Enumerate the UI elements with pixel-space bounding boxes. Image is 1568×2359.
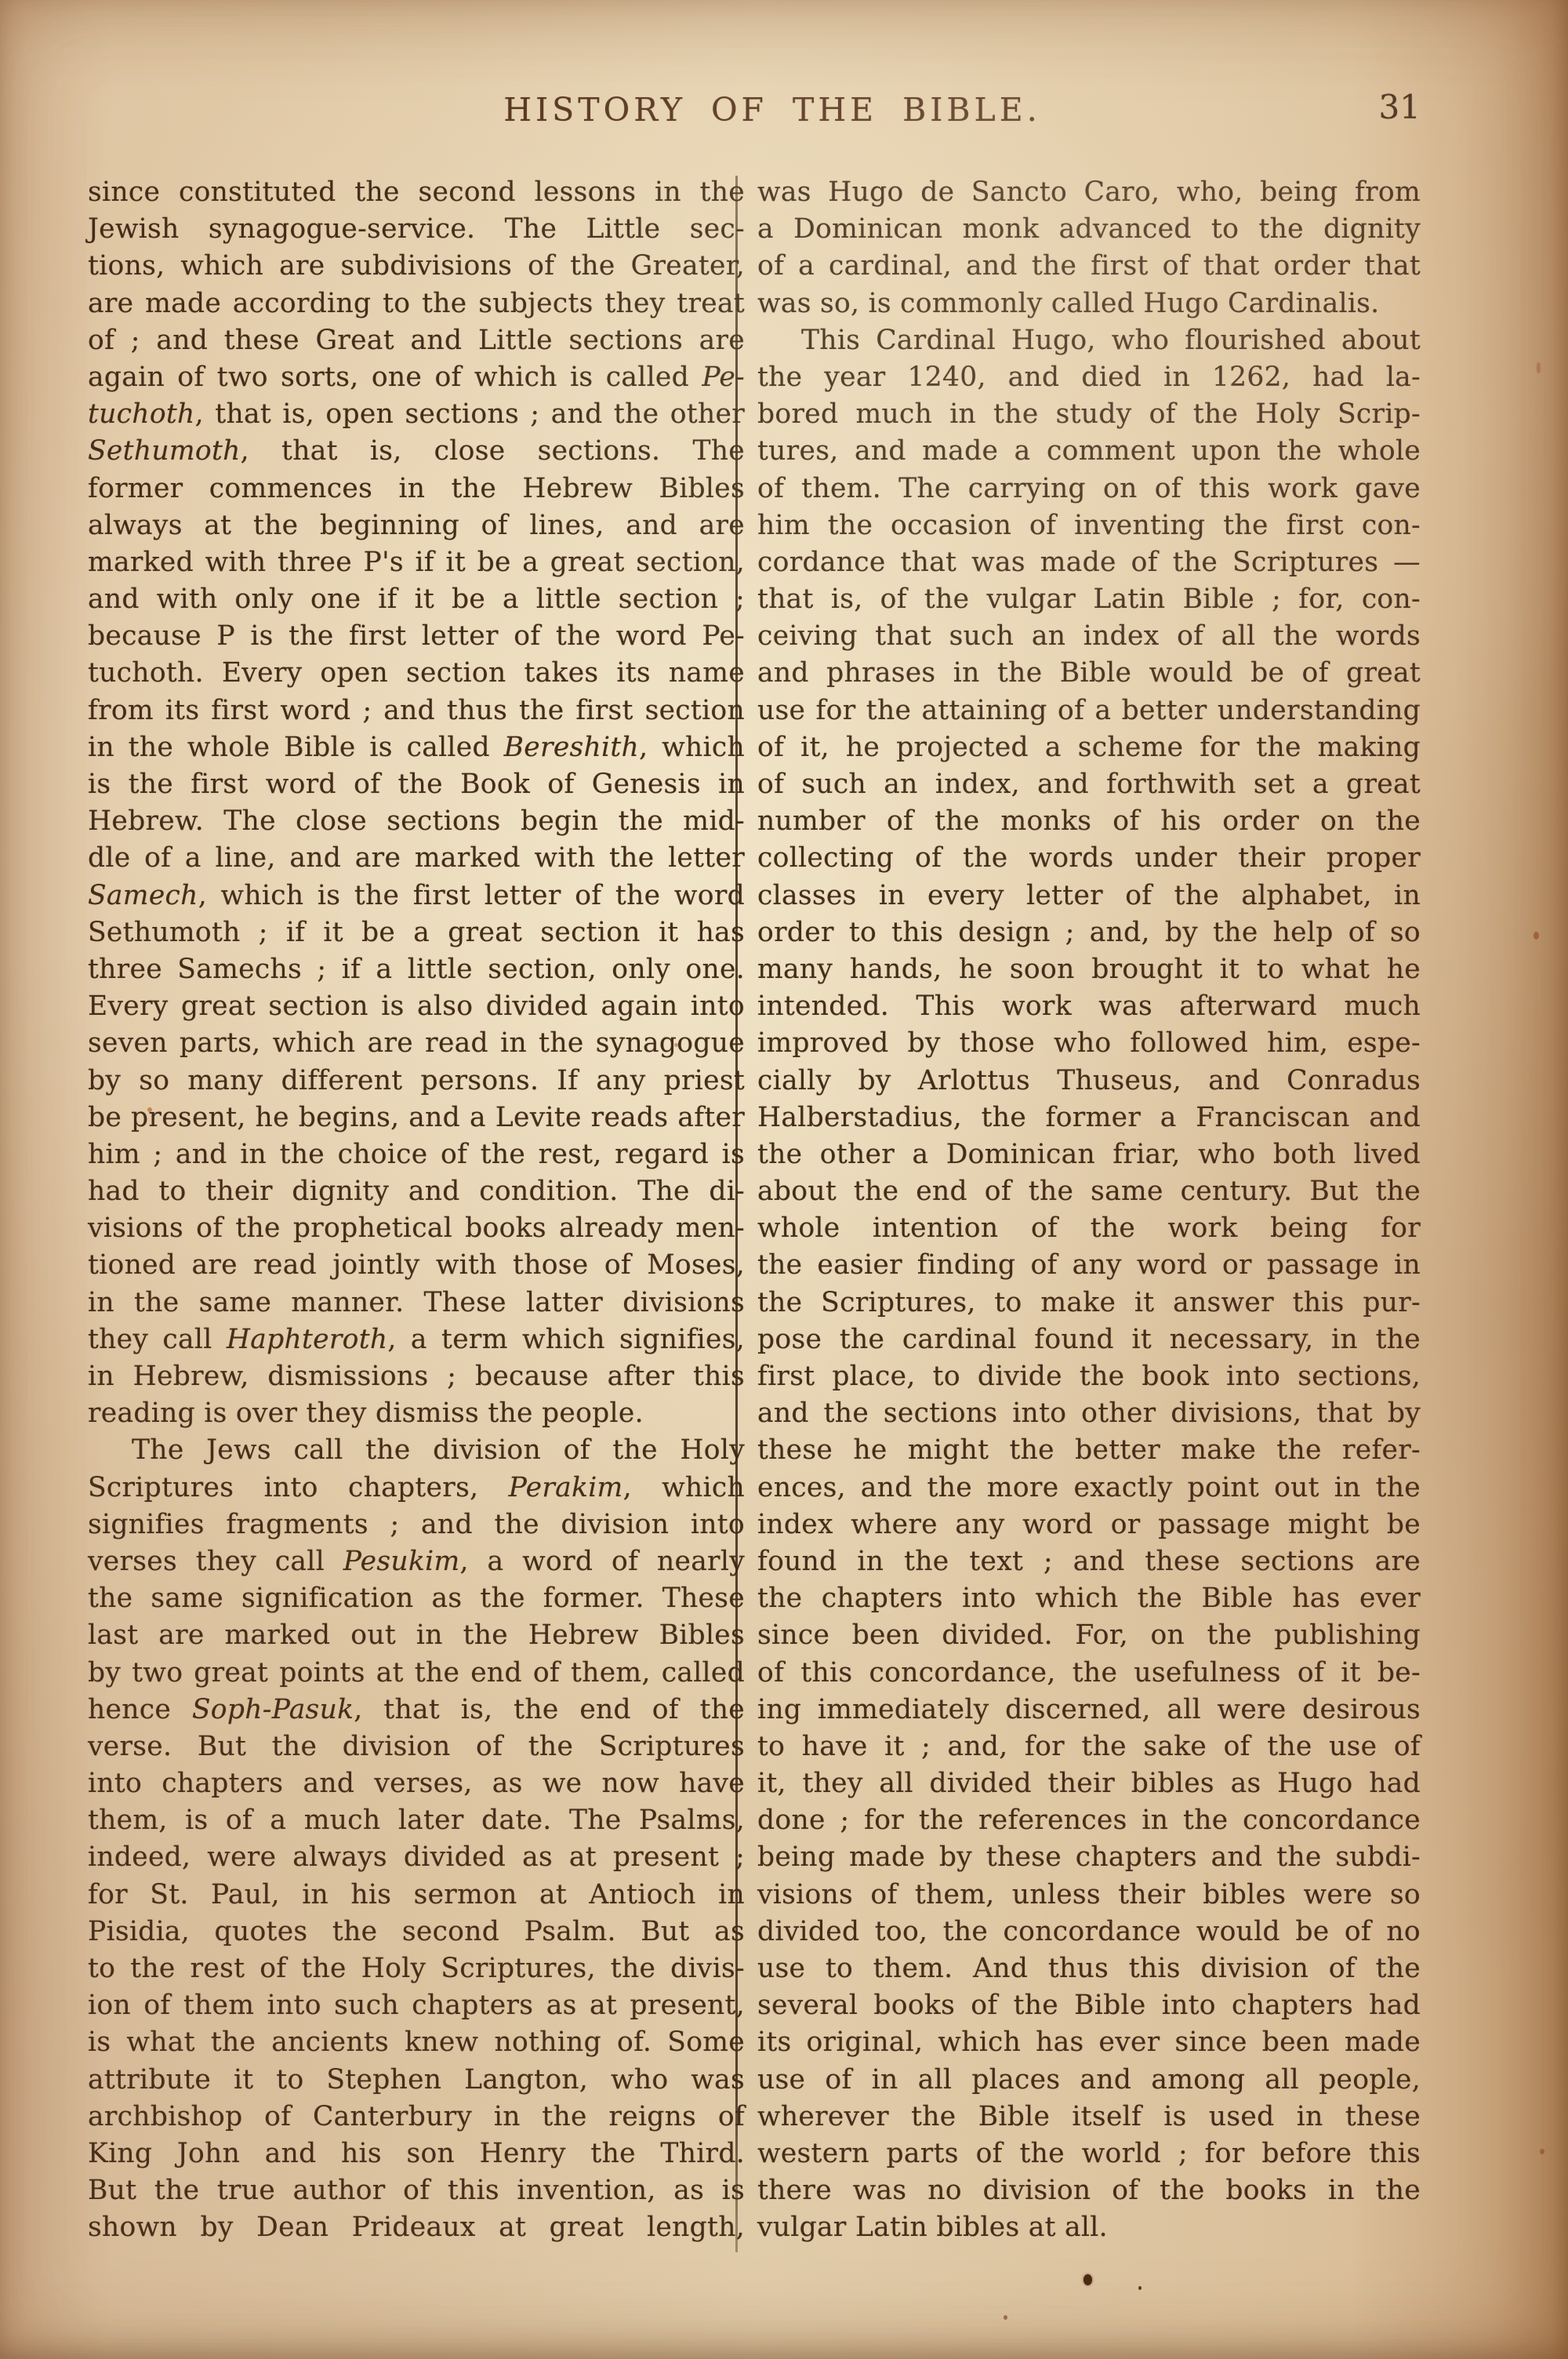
text-line: because P is the first letter of the wor… bbox=[88, 618, 745, 655]
text-line: use of in all places and among all peopl… bbox=[757, 2062, 1421, 2099]
text-line: bored much in the study of the Holy Scri… bbox=[757, 396, 1421, 433]
text-line: him ; and in the choice of the rest, reg… bbox=[88, 1136, 745, 1173]
text-line: of them. The carrying on of this work ga… bbox=[757, 471, 1421, 507]
text-line: former commences in the Hebrew Bibles bbox=[88, 471, 745, 507]
text-line: pose the cardinal found it necessary, in… bbox=[757, 1321, 1421, 1358]
text-line: ion of them into such chapters as at pre… bbox=[88, 1987, 745, 2024]
text-line: the easier finding of any word or passag… bbox=[757, 1247, 1421, 1284]
text-line: being made by these chapters and the sub… bbox=[757, 1839, 1421, 1876]
text-line: him the occasion of inventing the first … bbox=[757, 507, 1421, 544]
text-line: the Scriptures, to make it answer this p… bbox=[757, 1285, 1421, 1321]
text-line: shown by Dean Prideaux at great length, bbox=[88, 2209, 745, 2246]
text-line: reading is over they dismiss the people. bbox=[88, 1395, 745, 1432]
text-line: they call Haphteroth, a term which signi… bbox=[88, 1321, 745, 1358]
text-line: seven parts, which are read in the synag… bbox=[88, 1025, 745, 1062]
text-line: last are marked out in the Hebrew Bibles bbox=[88, 1617, 745, 1654]
text-line: them, is of a much later date. The Psalm… bbox=[88, 1802, 745, 1839]
text-line: use for the attaining of a better unders… bbox=[757, 692, 1421, 729]
text-line: indeed, were always divided as at presen… bbox=[88, 1839, 745, 1876]
text-line: improved by those who followed him, espe… bbox=[757, 1025, 1421, 1062]
text-line: of it, he projected a scheme for the mak… bbox=[757, 729, 1421, 766]
text-line: the year 1240, and died in 1262, had la- bbox=[757, 359, 1421, 396]
text-line: of a cardinal, and the first of that ord… bbox=[757, 248, 1421, 285]
text-line: tions, which are subdivisions of the Gre… bbox=[88, 248, 745, 285]
paper-speck bbox=[1540, 2149, 1544, 2154]
text-line: several books of the Bible into chapters… bbox=[757, 1987, 1421, 2024]
text-line: hence Soph-Pasuk, that is, the end of th… bbox=[88, 1692, 745, 1728]
text-line: tuchoth. Every open section takes its na… bbox=[88, 655, 745, 692]
text-line: use to them. And thus this division of t… bbox=[757, 1950, 1421, 1987]
text-line: of such an index, and forthwith set a gr… bbox=[757, 766, 1421, 803]
text-line: index where any word or passage might be bbox=[757, 1507, 1421, 1543]
text-line: cordance that was made of the Scriptures… bbox=[757, 544, 1421, 581]
text-line: western parts of the world ; for before … bbox=[757, 2135, 1421, 2172]
text-line: found in the text ; and these sections a… bbox=[757, 1543, 1421, 1580]
left-text-column: since constituted the second lessons in … bbox=[88, 174, 745, 2247]
text-line: attribute it to Stephen Langton, who was bbox=[88, 2062, 745, 2099]
text-line: always at the beginning of lines, and ar… bbox=[88, 507, 745, 544]
paper-speck bbox=[1138, 2286, 1142, 2290]
page-number: 31 bbox=[1379, 88, 1421, 126]
text-line: it, they all divided their bibles as Hug… bbox=[757, 1765, 1421, 1802]
text-line: from its first word ; and thus the first… bbox=[88, 692, 745, 729]
text-line: the chapters into which the Bible has ev… bbox=[757, 1580, 1421, 1617]
text-line: vulgar Latin bibles at all. bbox=[757, 2209, 1421, 2246]
text-line: there was no division of the books in th… bbox=[757, 2172, 1421, 2209]
text-line: three Samechs ; if a little section, onl… bbox=[88, 951, 745, 988]
text-line: many hands, he soon brought it to what h… bbox=[757, 951, 1421, 988]
text-line: Scriptures into chapters, Perakim, which bbox=[88, 1470, 745, 1507]
text-line: archbishop of Canterbury in the reigns o… bbox=[88, 2099, 745, 2135]
text-line: for St. Paul, in his sermon at Antioch i… bbox=[88, 1877, 745, 1914]
text-line: Pisidia, quotes the second Psalm. But as bbox=[88, 1914, 745, 1950]
text-line: But the true author of this invention, a… bbox=[88, 2172, 745, 2209]
column-divider-rule bbox=[735, 176, 738, 2252]
text-line: King John and his son Henry the Third. bbox=[88, 2135, 745, 2172]
text-line: Samech, which is the first letter of the… bbox=[88, 878, 745, 914]
paper-speck bbox=[1004, 2315, 1007, 2320]
paper-speck bbox=[1534, 932, 1539, 940]
text-line: ing immediately discerned, all were desi… bbox=[757, 1692, 1421, 1728]
text-line: wherever the Bible itself is used in the… bbox=[757, 2099, 1421, 2135]
text-line: by so many different persons. If any pri… bbox=[88, 1063, 745, 1100]
text-line: tuchoth, that is, open sections ; and th… bbox=[88, 396, 745, 433]
text-line: verses they call Pesukim, a word of near… bbox=[88, 1543, 745, 1580]
text-line: and phrases in the Bible would be of gre… bbox=[757, 655, 1421, 692]
text-line: Jewish synagogue-service. The Little sec… bbox=[88, 211, 745, 248]
text-line: was so, is commonly called Hugo Cardinal… bbox=[757, 285, 1421, 322]
text-line: number of the monks of his order on the bbox=[757, 803, 1421, 840]
text-line: The Jews call the division of the Holy bbox=[88, 1432, 745, 1469]
text-line: cially by Arlottus Thuseus, and Conradus bbox=[757, 1063, 1421, 1100]
page-header-title: HISTORY OF THE BIBLE. bbox=[459, 91, 1086, 129]
text-line: was Hugo de Sancto Caro, who, being from bbox=[757, 174, 1421, 211]
text-line: the other a Dominican friar, who both li… bbox=[757, 1136, 1421, 1173]
text-line: first place, to divide the book into sec… bbox=[757, 1358, 1421, 1395]
text-line: since constituted the second lessons in … bbox=[88, 174, 745, 211]
text-line: order to this design ; and, by the help … bbox=[757, 914, 1421, 951]
text-line: be present, he begins, and a Levite read… bbox=[88, 1100, 745, 1136]
text-line: these he might the better make the refer… bbox=[757, 1432, 1421, 1469]
text-line: of ; and these Great and Little sections… bbox=[88, 322, 745, 359]
text-line: to the rest of the Holy Scriptures, the … bbox=[88, 1950, 745, 1987]
text-line: done ; for the references in the concord… bbox=[757, 1802, 1421, 1839]
text-line: in Hebrew, dismissions ; because after t… bbox=[88, 1358, 745, 1395]
text-line: that is, of the vulgar Latin Bible ; for… bbox=[757, 581, 1421, 618]
book-page-scan: HISTORY OF THE BIBLE. 31 since constitut… bbox=[0, 0, 1568, 2359]
text-line: and the sections into other divisions, t… bbox=[757, 1395, 1421, 1432]
right-text-column: was Hugo de Sancto Caro, who, being from… bbox=[757, 174, 1421, 2247]
text-line: classes in every letter of the alphabet,… bbox=[757, 878, 1421, 914]
text-line: visions of the prophetical books already… bbox=[88, 1210, 745, 1247]
text-line: are made according to the subjects they … bbox=[88, 285, 745, 322]
text-line: marked with three P's if it be a great s… bbox=[88, 544, 745, 581]
text-line: is what the ancients knew nothing of. So… bbox=[88, 2024, 745, 2061]
text-line: divided too, the concordance would be of… bbox=[757, 1914, 1421, 1950]
text-line: the same signification as the former. Th… bbox=[88, 1580, 745, 1617]
text-line: collecting of the words under their prop… bbox=[757, 840, 1421, 877]
text-line: tures, and made a comment upon the whole bbox=[757, 433, 1421, 470]
text-line: ences, and the more exactly point out in… bbox=[757, 1470, 1421, 1507]
text-line: verse. But the division of the Scripture… bbox=[88, 1728, 745, 1765]
text-line: about the end of the same century. But t… bbox=[757, 1173, 1421, 1210]
text-line: tioned are read jointly with those of Mo… bbox=[88, 1247, 745, 1284]
text-line: is the first word of the Book of Genesis… bbox=[88, 766, 745, 803]
text-line: Every great section is also divided agai… bbox=[88, 988, 745, 1025]
text-line: in the whole Bible is called Bereshith, … bbox=[88, 729, 745, 766]
text-line: to have it ; and, for the sake of the us… bbox=[757, 1728, 1421, 1765]
text-line: again of two sorts, one of which is call… bbox=[88, 359, 745, 396]
text-line: into chapters and verses, as we now have bbox=[88, 1765, 745, 1802]
text-line: signifies fragments ; and the division i… bbox=[88, 1507, 745, 1543]
text-line: intended. This work was afterward much bbox=[757, 988, 1421, 1025]
text-line: This Cardinal Hugo, who flourished about bbox=[757, 322, 1421, 359]
text-line: ceiving that such an index of all the wo… bbox=[757, 618, 1421, 655]
text-line: dle of a line, and are marked with the l… bbox=[88, 840, 745, 877]
text-line: Sethumoth, that is, close sections. The bbox=[88, 433, 745, 470]
text-line: visions of them, unless their bibles wer… bbox=[757, 1877, 1421, 1914]
text-line: a Dominican monk advanced to the dignity bbox=[757, 211, 1421, 248]
text-line: in the same manner. These latter divisio… bbox=[88, 1285, 745, 1321]
text-line: since been divided. For, on the publishi… bbox=[757, 1617, 1421, 1654]
text-line: Sethumoth ; if it be a great section it … bbox=[88, 914, 745, 951]
text-line: its original, which has ever since been … bbox=[757, 2024, 1421, 2061]
paper-speck bbox=[1083, 2274, 1092, 2285]
text-line: by two great points at the end of them, … bbox=[88, 1655, 745, 1692]
text-line: and with only one if it be a little sect… bbox=[88, 581, 745, 618]
text-line: had to their dignity and condition. The … bbox=[88, 1173, 745, 1210]
text-line: of this concordance, the usefulness of i… bbox=[757, 1655, 1421, 1692]
text-line: Hebrew. The close sections begin the mid… bbox=[88, 803, 745, 840]
text-line: Halberstadius, the former a Franciscan a… bbox=[757, 1100, 1421, 1136]
paper-speck bbox=[1537, 362, 1541, 373]
text-line: whole intention of the work being for bbox=[757, 1210, 1421, 1247]
